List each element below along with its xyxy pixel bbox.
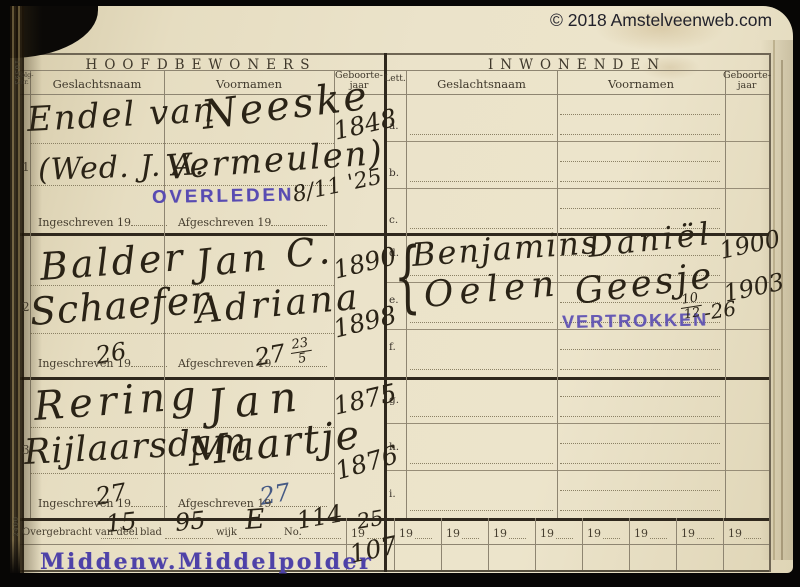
year-cell-prefix: 19 xyxy=(446,527,460,540)
grid-line xyxy=(385,470,770,471)
birth-line2: jaar xyxy=(723,81,771,91)
dotted-rule xyxy=(131,357,167,367)
label-text: Afgeschreven 19 xyxy=(178,357,271,370)
grid-line xyxy=(769,53,771,572)
binding-edge xyxy=(10,6,24,573)
dotted-rule xyxy=(744,538,761,539)
dotted-rule xyxy=(410,134,553,135)
dotted-rule xyxy=(410,463,553,464)
grid-line xyxy=(535,518,536,570)
dotted-rule xyxy=(560,161,720,162)
row-letter: b. xyxy=(389,167,399,179)
vertrokken-date-year: -26 xyxy=(702,296,738,325)
copyright-watermark: © 2018 Amstelveenweb.com xyxy=(550,10,772,31)
label-text: Ingeschreven 19 xyxy=(38,357,131,370)
wijk-value: E xyxy=(244,504,266,536)
row-letter: f. xyxy=(389,341,396,353)
year-cell-prefix: 19 xyxy=(681,527,695,540)
dotted-rule xyxy=(30,333,334,334)
row-letter: c. xyxy=(389,214,398,226)
dotted-rule xyxy=(560,443,720,444)
dotted-rule xyxy=(299,538,341,539)
dotted-rule xyxy=(560,369,720,370)
grid-line xyxy=(629,518,630,570)
year-cell-prefix: 19 xyxy=(493,527,507,540)
afgeschreven-label: Afgeschreven 19 xyxy=(178,357,327,370)
dotted-rule xyxy=(131,497,167,507)
grid-line xyxy=(488,518,489,570)
year-cell-prefix: 19 xyxy=(540,527,554,540)
section-title-inwonenden: INWONENDEN xyxy=(385,57,769,73)
dotted-rule xyxy=(131,216,167,226)
form-edge-mark-bottom: 2400 xyxy=(12,516,20,537)
dotted-rule xyxy=(560,181,720,182)
grid-line xyxy=(723,518,724,570)
dotted-rule xyxy=(697,538,714,539)
column-header-surname-right: Geslachtsnaam xyxy=(406,77,557,91)
blad-value: 95 xyxy=(174,506,207,537)
column-header-birth-right: Geboorte- jaar xyxy=(723,71,771,91)
dotted-rule xyxy=(556,538,573,539)
dotted-rule xyxy=(509,538,526,539)
grid-line xyxy=(385,423,770,424)
dotted-rule xyxy=(560,490,720,491)
dotted-rule xyxy=(560,396,720,397)
section-title-hoofdbewoners: HOOFDBEWONERS xyxy=(18,57,384,73)
binding-corner-bottom xyxy=(10,540,20,573)
dotted-rule xyxy=(603,538,620,539)
ingeschreven-label: Ingeschreven 19 xyxy=(38,216,167,229)
afgeschreven-label: Afgeschreven 19 xyxy=(178,216,327,229)
dotted-rule xyxy=(101,538,138,539)
vertrokken-date-fraction: 10 12 xyxy=(679,291,704,323)
wijk-label: wijk xyxy=(216,527,237,538)
grid-line xyxy=(582,518,583,570)
grid-line xyxy=(676,518,677,570)
dotted-rule xyxy=(410,322,553,323)
year-cell-prefix: 19 xyxy=(587,527,601,540)
dotted-rule xyxy=(560,134,720,135)
dotted-rule xyxy=(560,208,720,209)
dotted-rule xyxy=(650,538,667,539)
dotted-rule xyxy=(30,473,334,474)
dotted-rule xyxy=(271,216,327,226)
grid-line xyxy=(18,53,770,55)
middelpolder-stamp: Middenw.Middelpolder xyxy=(40,549,373,575)
column-header-given-right: Voornamen xyxy=(557,77,725,91)
page-edge-crease xyxy=(773,40,775,560)
year-cell-prefix: 19 xyxy=(634,527,648,540)
dotted-rule xyxy=(560,463,720,464)
ingeschreven-label: Ingeschreven 19 xyxy=(38,497,167,510)
column-header-surname-left: Geslachtsnaam xyxy=(30,77,164,91)
dotted-rule xyxy=(410,510,553,511)
label-text: Ingeschreven 19 xyxy=(38,216,131,229)
dotted-rule xyxy=(560,349,720,350)
dotted-rule xyxy=(410,181,553,182)
page-edge-shading xyxy=(760,40,793,560)
row-letter: i. xyxy=(389,488,396,500)
year-cell-prefix: 19 xyxy=(728,527,742,540)
label-text: Afgeschreven 19 xyxy=(178,216,271,229)
dotted-rule xyxy=(462,538,479,539)
first-year-value: 25 xyxy=(355,506,385,534)
grid-line xyxy=(385,141,770,142)
deel-value: 15 xyxy=(105,507,138,538)
dotted-rule xyxy=(415,538,432,539)
dotted-rule xyxy=(239,538,281,539)
year-cell-prefix: 19 xyxy=(399,527,413,540)
blad-label: blad xyxy=(140,527,162,538)
dotted-rule xyxy=(165,538,213,539)
page-edge-crease xyxy=(781,60,783,560)
dotted-rule xyxy=(560,510,720,511)
dotted-rule xyxy=(271,357,327,367)
grid-line xyxy=(441,518,442,570)
dotted-rule xyxy=(560,114,720,115)
dotted-rule xyxy=(410,416,553,417)
column-header-letter: Lett. xyxy=(383,74,407,84)
grid-line xyxy=(385,188,770,189)
entry-number: 1 xyxy=(22,160,30,174)
scanned-register-page: 191919191919191919a.b.c.d.e.f.g.h.i. 105… xyxy=(0,0,800,587)
ingeschreven-label: Ingeschreven 19 xyxy=(38,357,167,370)
dotted-rule xyxy=(560,416,720,417)
overleden-stamp: OVERLEDEN xyxy=(152,184,295,208)
dotted-rule xyxy=(410,369,553,370)
